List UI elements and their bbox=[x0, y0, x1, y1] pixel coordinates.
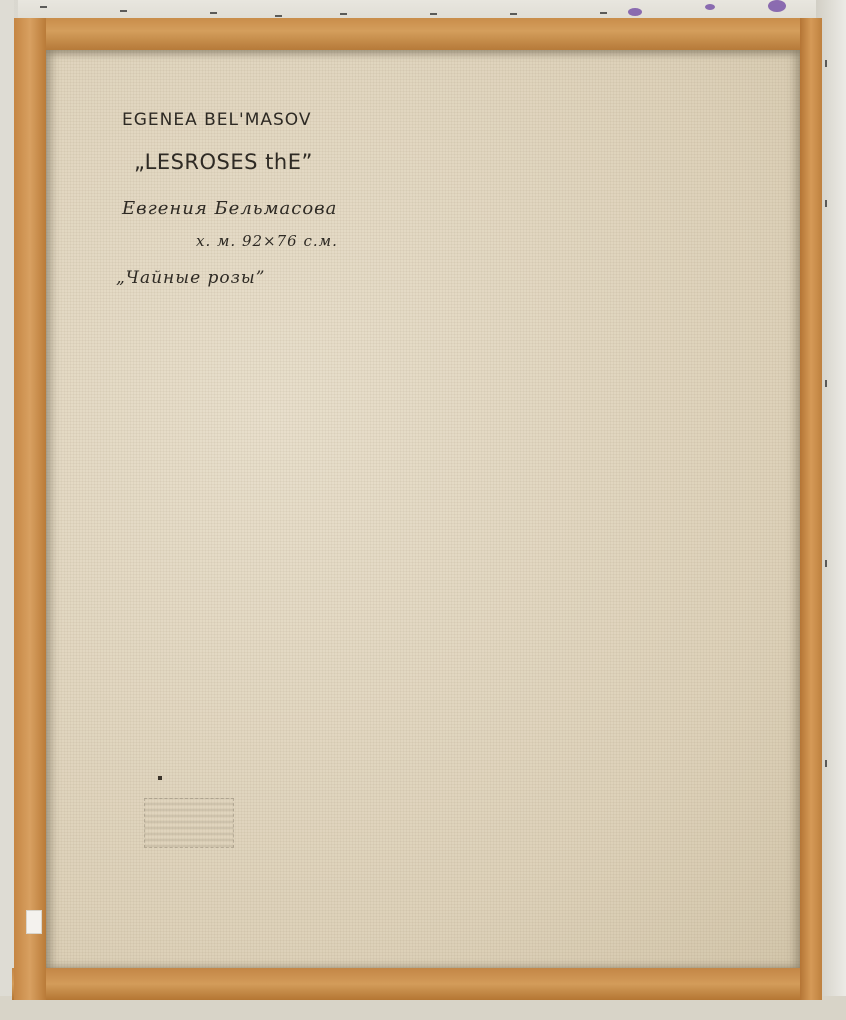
stretcher-bar-right bbox=[800, 18, 822, 1000]
staple bbox=[600, 12, 607, 14]
canvas-fold-left bbox=[0, 0, 14, 1020]
staple bbox=[430, 13, 437, 15]
stretcher-bar-left bbox=[14, 18, 46, 1000]
staple bbox=[275, 15, 282, 17]
staple bbox=[510, 13, 517, 15]
small-label-sticker bbox=[26, 910, 42, 934]
staple bbox=[210, 12, 217, 14]
inscription-title-russian: „Чайные розы” bbox=[116, 268, 265, 288]
staple bbox=[40, 6, 47, 8]
inscription-medium-dimensions: х. м. 92×76 с.м. bbox=[196, 232, 338, 250]
inscription-artist-latin: EGENEA BEL'MASOV bbox=[122, 110, 312, 130]
staple bbox=[825, 760, 827, 767]
purple-paint-mark bbox=[768, 0, 786, 12]
painting-back-photo: EGENEA BEL'MASOV „LESROSES thE” Евгения … bbox=[0, 0, 846, 1020]
stretcher-bar-top bbox=[18, 18, 818, 50]
staple bbox=[825, 60, 827, 67]
ink-dot bbox=[158, 776, 162, 780]
purple-paint-mark bbox=[705, 4, 715, 10]
inscription-artist-cyrillic: Евгения Бельмасова bbox=[122, 198, 337, 219]
stretcher-bar-bottom bbox=[12, 968, 818, 1000]
staple bbox=[825, 560, 827, 567]
staple bbox=[825, 200, 827, 207]
staple bbox=[825, 380, 827, 387]
staple bbox=[120, 10, 127, 12]
staple bbox=[340, 13, 347, 15]
purple-paint-mark bbox=[628, 8, 642, 16]
canvas-back: EGENEA BEL'MASOV „LESROSES thE” Евгения … bbox=[46, 50, 800, 968]
inscription-title-french: „LESROSES thE” bbox=[134, 150, 313, 174]
faded-stamp bbox=[144, 798, 234, 848]
